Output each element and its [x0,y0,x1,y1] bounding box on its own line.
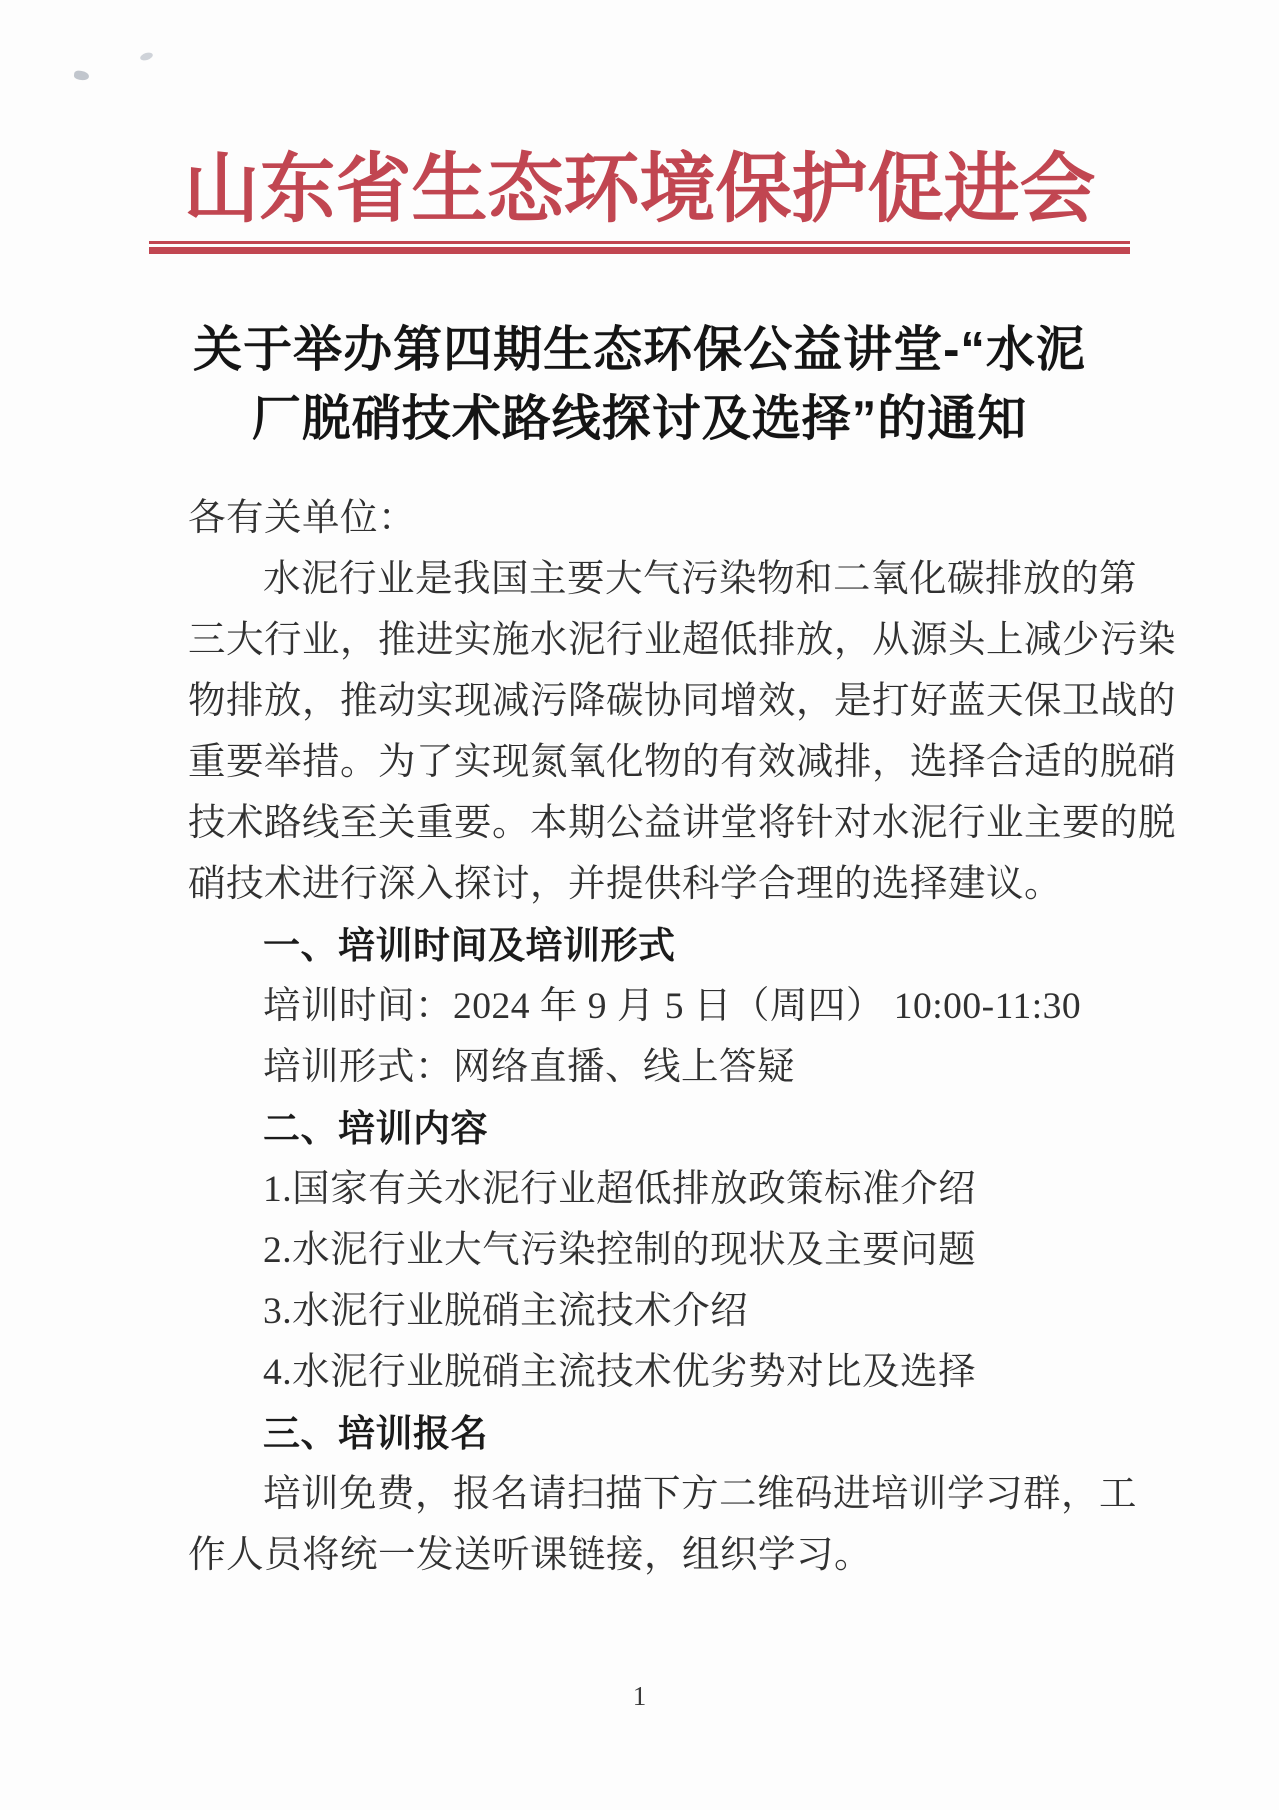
body-text-line: 硝技术进行深入探讨，并提供科学合理的选择建议。 [188,854,1098,915]
section-heading: 三、培训报名 [188,1403,1098,1464]
scan-artifact-speck [73,70,89,81]
body-text-line: 培训形式：网络直播、线上答疑 [188,1037,1098,1098]
body-text-line: 三大行业，推进实施水泥行业超低排放，从源头上减少污染 [188,610,1098,671]
body-text-line: 培训免费，报名请扫描下方二维码进培训学习群，工 [188,1464,1098,1525]
document-body: 各有关单位：水泥行业是我国主要大气污染物和二氧化碳排放的第三大行业，推进实施水泥… [188,488,1098,1586]
scanned-document-page: 山东省生态环境保护促进会 关于举办第四期生态环保公益讲堂-“水泥 厂脱硝技术路线… [0,0,1279,1810]
document-title: 关于举办第四期生态环保公益讲堂-“水泥 厂脱硝技术路线探讨及选择”的通知 [0,316,1279,454]
body-text-line: 3.水泥行业脱硝主流技术介绍 [188,1281,1098,1342]
body-text-line: 2.水泥行业大气污染控制的现状及主要问题 [188,1220,1098,1281]
body-text-line: 培训时间：2024 年 9 月 5 日（周四） 10:00-11:30 [188,976,1098,1037]
body-text-line: 作人员将统一发送听课链接，组织学习。 [188,1525,1098,1586]
page-number: 1 [0,1681,1279,1712]
letterhead-org-name: 山东省生态环境保护促进会 [0,150,1279,230]
body-text-line: 4.水泥行业脱硝主流技术优劣势对比及选择 [188,1342,1098,1403]
body-text-line: 1.国家有关水泥行业超低排放政策标准介绍 [188,1159,1098,1220]
body-text-line: 各有关单位： [188,488,1098,549]
body-text-line: 技术路线至关重要。本期公益讲堂将针对水泥行业主要的脱 [188,793,1098,854]
letterhead-divider-line [149,241,1130,254]
section-heading: 二、培训内容 [188,1098,1098,1159]
document-title-line-2: 厂脱硝技术路线探讨及选择”的通知 [0,385,1279,454]
scan-artifact-speck [139,51,154,62]
document-title-line-1: 关于举办第四期生态环保公益讲堂-“水泥 [0,316,1279,385]
section-heading: 一、培训时间及培训形式 [188,915,1098,976]
body-text-line: 重要举措。为了实现氮氧化物的有效减排，选择合适的脱硝 [188,732,1098,793]
body-text-line: 物排放，推动实现减污降碳协同增效，是打好蓝天保卫战的 [188,671,1098,732]
body-text-line: 水泥行业是我国主要大气污染物和二氧化碳排放的第 [188,549,1098,610]
